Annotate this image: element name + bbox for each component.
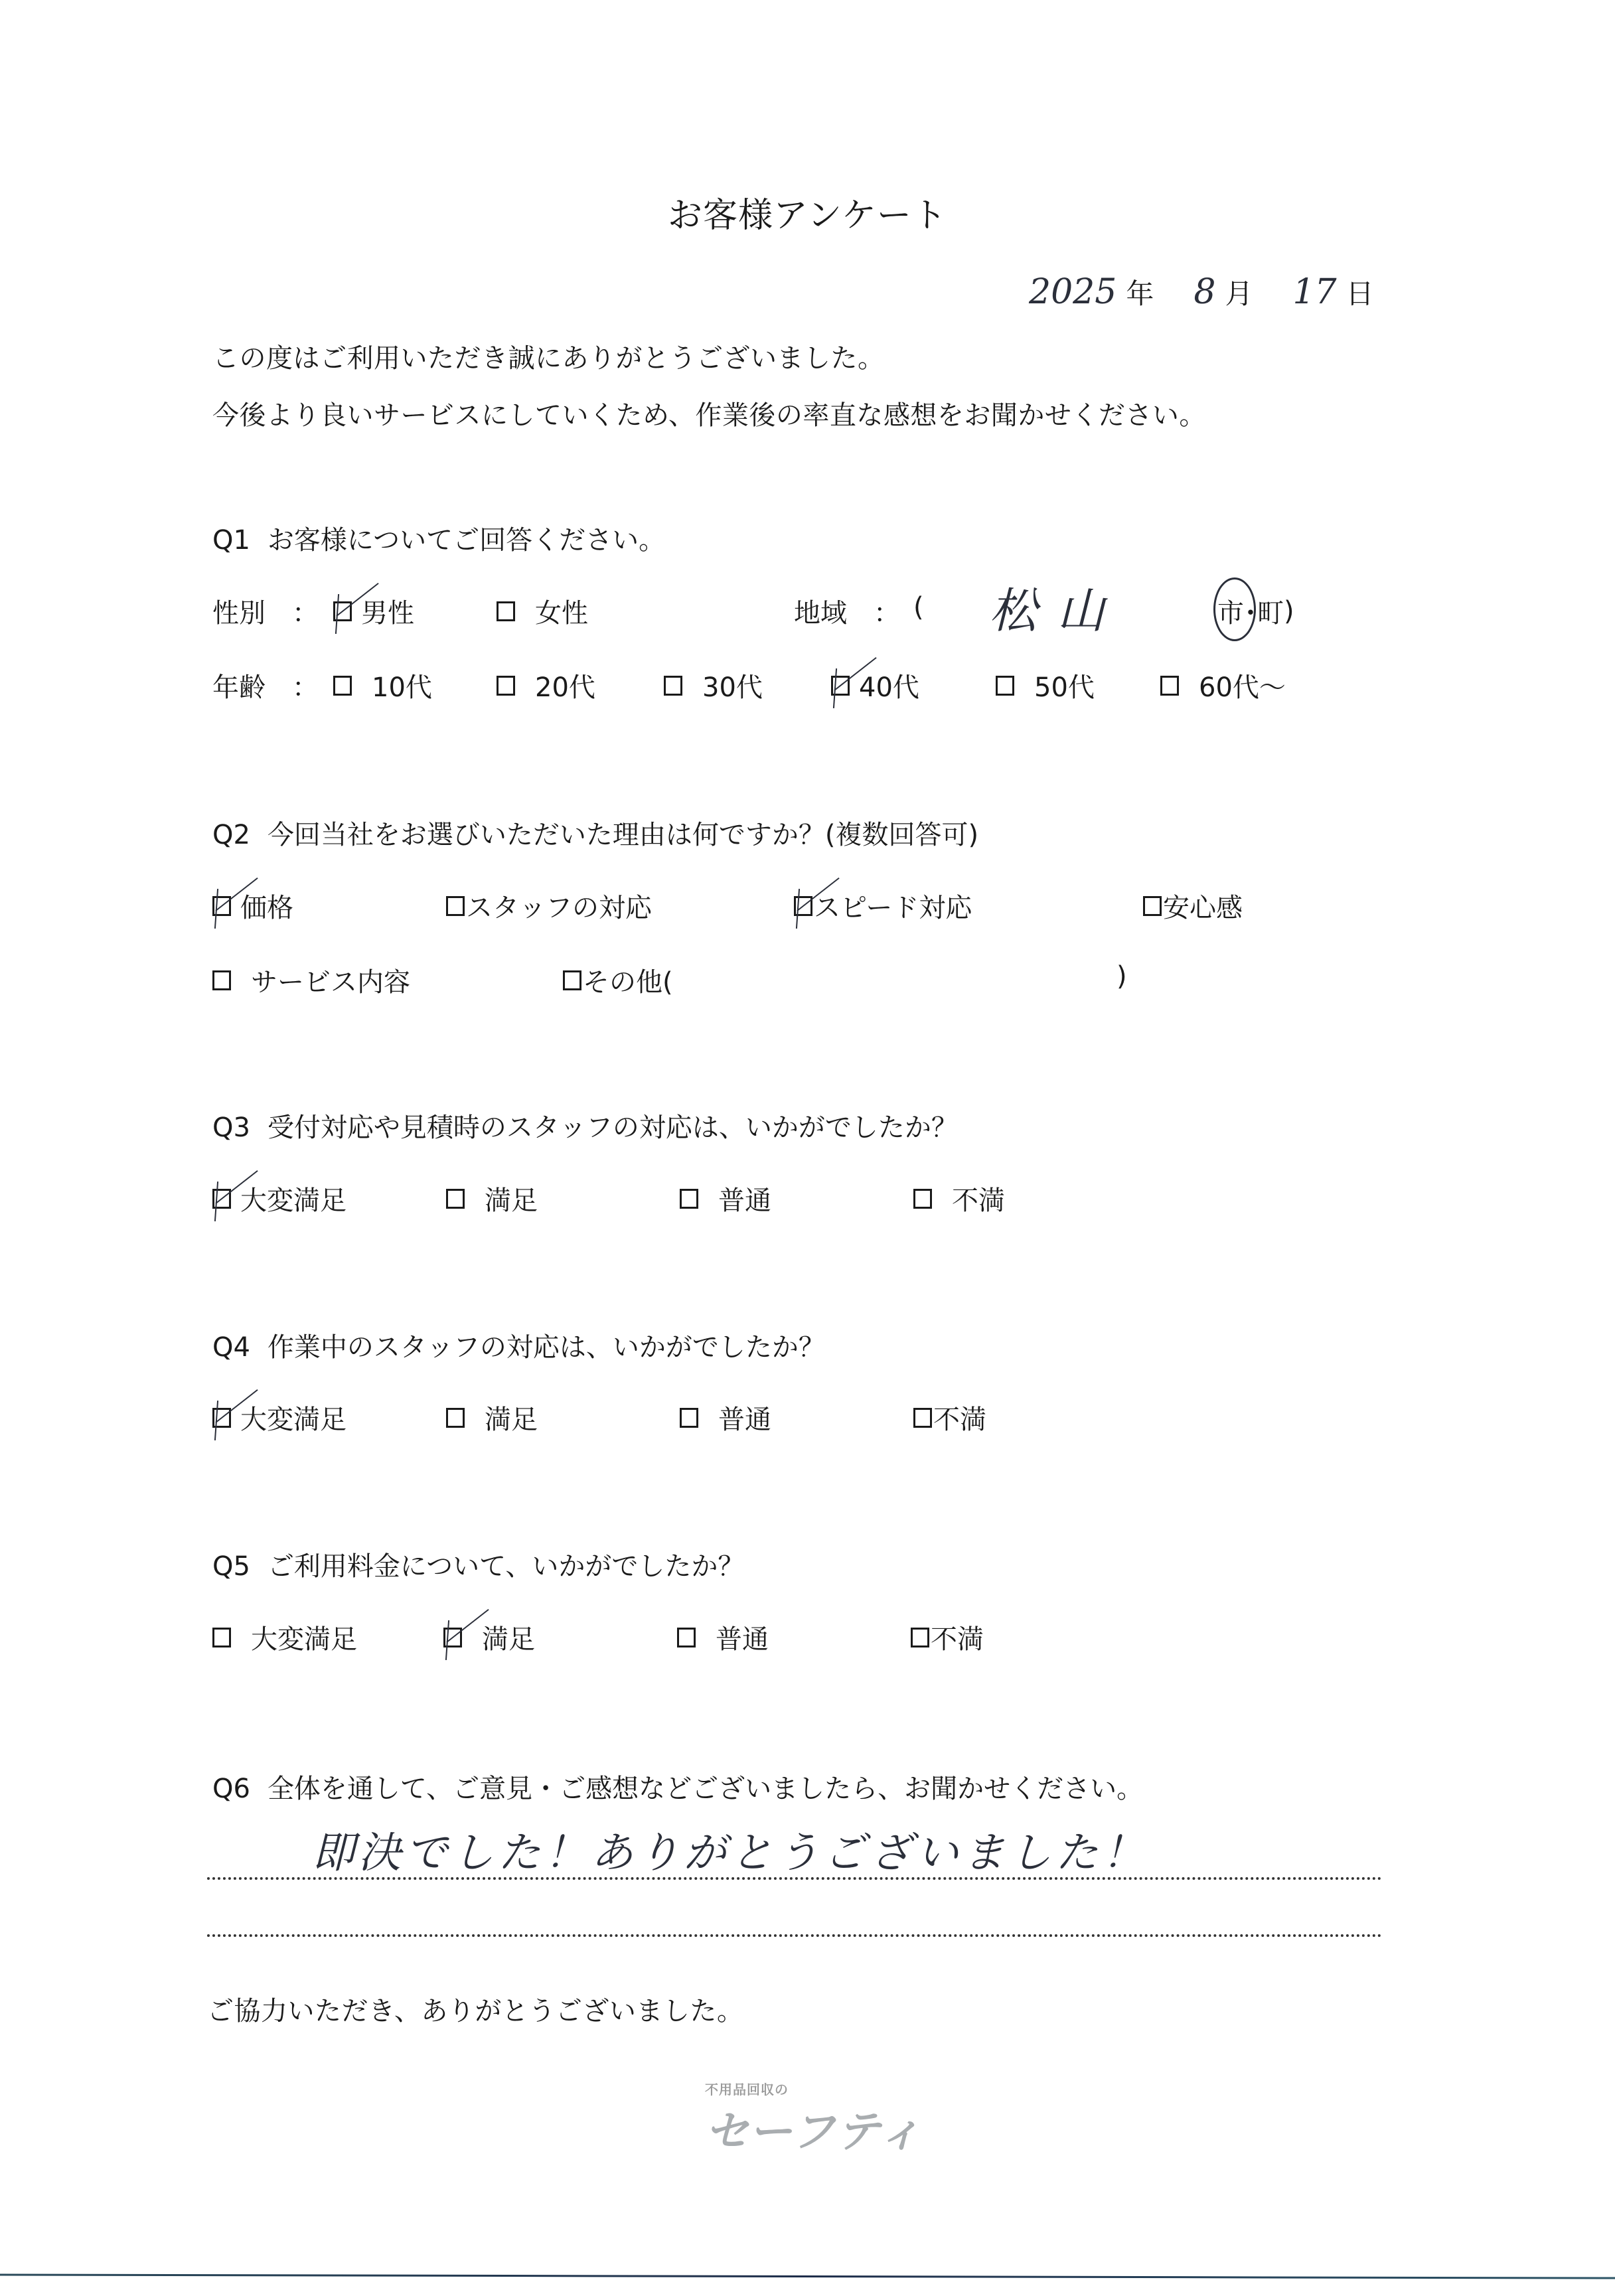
gender-label-text: 性別 (212, 592, 266, 630)
checkbox[interactable] (913, 1189, 932, 1209)
q4-number: Q4 (212, 1332, 250, 1363)
q3-text: 受付対応や見積時のスタッフの対応は、いかがでしたか？ (268, 1112, 958, 1143)
q3-option-very-satisfied[interactable]: 大変満足 (212, 1180, 346, 1217)
checkbox[interactable] (212, 970, 231, 990)
age-label: 年齢 (212, 666, 266, 704)
option-label: 普通 (718, 1399, 771, 1436)
checkbox[interactable] (212, 1628, 231, 1647)
page-bottom-rule (0, 2273, 1615, 2279)
q2-heading: Q2今回当社をお選びいただいた理由は何ですか？(複数回答可) (212, 814, 978, 852)
option-label: 20代 (535, 666, 595, 704)
date-day: 17 (1292, 272, 1336, 312)
region-value-input[interactable]: 松山 (989, 572, 1124, 641)
checkbox[interactable] (911, 1628, 929, 1647)
date-year: 2025 (1029, 272, 1116, 312)
option-label: 満足 (485, 1399, 538, 1436)
checkbox-checked[interactable] (212, 1408, 231, 1428)
q2-option-staff[interactable]: スタッフの対応 (446, 887, 652, 925)
option-label: スタッフの対応 (466, 887, 652, 925)
q2-other-input[interactable] (684, 961, 1109, 993)
q4-option-average[interactable]: 普通 (680, 1399, 771, 1436)
age-option-30s[interactable]: 30代 (664, 666, 763, 704)
checkbox[interactable] (1143, 896, 1162, 916)
q5-option-very-satisfied[interactable]: 大変満足 (212, 1618, 357, 1656)
checkbox-checked[interactable] (443, 1628, 462, 1647)
q5-text: ご利用料金について、いかがでしたか？ (268, 1551, 744, 1582)
region-close-paren: ) (1284, 596, 1294, 627)
intro-line-1: この度はご利用いただき誠にありがとうございました。 (212, 337, 885, 375)
region-colon: ： (874, 592, 900, 630)
q2-other-close-paren: ) (1116, 961, 1127, 992)
q1-heading: Q1お客様についてご回答ください。 (212, 519, 665, 557)
q6-text: 全体を通して、ご意見・ご感想などございましたら、お聞かせください。 (268, 1774, 1143, 1804)
option-label: 普通 (718, 1180, 771, 1217)
age-option-10s[interactable]: 10代 (333, 666, 432, 704)
region-city-town[interactable]: 市 ・町) (1217, 592, 1294, 630)
checkbox-checked[interactable] (212, 1189, 231, 1209)
q3-number: Q3 (212, 1112, 250, 1143)
gender-option-female[interactable]: 女性 (497, 592, 588, 630)
answer-line-1 (207, 1877, 1382, 1880)
option-label: 満足 (482, 1618, 535, 1656)
q4-text: 作業中のスタッフの対応は、いかがでしたか？ (268, 1332, 825, 1363)
date-field[interactable]: 2025 年 8 月 17 日 (1029, 272, 1374, 312)
logo-tagline: 不用品回収の (705, 2079, 789, 2098)
q2-option-price[interactable]: 価格 (212, 887, 293, 925)
q3-option-satisfied[interactable]: 満足 (446, 1180, 538, 1217)
q3-heading: Q3受付対応や見積時のスタッフの対応は、いかがでしたか？ (212, 1107, 958, 1144)
checkbox-checked[interactable] (212, 896, 231, 916)
company-logo: セーフティ (705, 2096, 923, 2159)
q4-option-dissatisfied[interactable]: 不満 (913, 1399, 986, 1436)
q6-heading: Q6全体を通して、ご意見・ご感想などございましたら、お聞かせください。 (212, 1768, 1143, 1805)
q5-option-average[interactable]: 普通 (677, 1618, 769, 1656)
checkbox-checked[interactable] (794, 896, 812, 916)
option-label: 不満 (952, 1180, 1005, 1217)
checkbox[interactable] (913, 1408, 932, 1428)
region-label: 地域 (794, 592, 847, 630)
q2-option-reassurance[interactable]: 安心感 (1143, 887, 1243, 925)
q3-option-dissatisfied[interactable]: 不満 (913, 1180, 1005, 1217)
option-label: 40代 (859, 666, 919, 704)
region-city-option[interactable]: 市 (1217, 592, 1244, 630)
option-label: 大変満足 (251, 1618, 357, 1656)
checkbox-checked[interactable] (831, 676, 850, 696)
age-colon: ： (292, 666, 319, 704)
checkbox[interactable] (563, 970, 581, 990)
selection-circle-icon (1213, 577, 1256, 641)
q2-option-speed[interactable]: スピード対応 (794, 887, 972, 925)
checkbox[interactable] (497, 601, 515, 621)
age-option-40s[interactable]: 40代 (831, 666, 919, 704)
checkbox[interactable] (996, 676, 1014, 696)
checkbox[interactable] (664, 676, 682, 696)
checkbox[interactable] (677, 1628, 696, 1647)
age-option-50s[interactable]: 50代 (996, 666, 1095, 704)
option-label: 50代 (1034, 666, 1095, 704)
checkbox[interactable] (680, 1189, 698, 1209)
q5-number: Q5 (212, 1551, 250, 1582)
option-label: スピード対応 (814, 887, 972, 925)
q4-option-very-satisfied[interactable]: 大変満足 (212, 1399, 346, 1436)
q1-number: Q1 (212, 525, 250, 556)
intro-line-2: 今後より良いサービスにしていくため、作業後の率直な感想をお聞かせください。 (212, 394, 1206, 432)
closing-message: ご協力いただき、ありがとうございました。 (207, 1990, 743, 2028)
q5-heading: Q5ご利用料金について、いかがでしたか？ (212, 1545, 744, 1583)
q2-text: 今回当社をお選びいただいた理由は何ですか？(複数回答可) (268, 820, 978, 850)
age-option-60s-plus[interactable]: 60代〜 (1160, 666, 1286, 704)
gender-option-male[interactable]: 男性 (333, 592, 414, 630)
option-label: 不満 (933, 1399, 986, 1436)
checkbox[interactable] (680, 1408, 698, 1428)
checkbox-checked[interactable] (333, 601, 352, 621)
date-day-unit: 日 (1346, 272, 1374, 312)
checkbox[interactable] (446, 1189, 465, 1209)
option-label: その他( (583, 961, 673, 999)
q3-option-average[interactable]: 普通 (680, 1180, 771, 1217)
q6-answer-input[interactable]: 即決でした！ありがとうございました！ (312, 1819, 1148, 1880)
answer-line-2 (207, 1934, 1382, 1937)
region-town-option[interactable]: 町 (1257, 592, 1284, 630)
option-label: 女性 (535, 592, 588, 630)
option-label: 60代〜 (1199, 666, 1286, 704)
option-label: 大変満足 (240, 1180, 346, 1217)
option-label: 男性 (361, 592, 414, 630)
checkbox[interactable] (446, 1408, 465, 1428)
region-open-paren: ( (913, 592, 924, 623)
gender-colon: ： (292, 592, 319, 630)
q2-option-service[interactable]: サービス内容 (212, 961, 410, 999)
checkbox[interactable] (1160, 676, 1179, 696)
option-label: 価格 (240, 887, 293, 925)
gender-label: 性別 (212, 592, 266, 630)
checkbox[interactable] (497, 676, 515, 696)
option-label: 安心感 (1163, 887, 1243, 925)
checkbox[interactable] (333, 676, 352, 696)
checkbox[interactable] (446, 896, 465, 916)
option-label: サービス内容 (251, 961, 410, 999)
date-year-unit: 年 (1126, 272, 1154, 312)
q4-heading: Q4作業中のスタッフの対応は、いかがでしたか？ (212, 1326, 825, 1364)
q2-number: Q2 (212, 820, 250, 850)
option-label: 大変満足 (240, 1399, 346, 1436)
q6-number: Q6 (212, 1774, 250, 1804)
survey-title: お客様アンケート (0, 187, 1615, 237)
q4-option-satisfied[interactable]: 満足 (446, 1399, 538, 1436)
option-label: 満足 (485, 1180, 538, 1217)
age-option-20s[interactable]: 20代 (497, 666, 595, 704)
option-label: 不満 (931, 1618, 984, 1656)
q2-option-other[interactable]: その他( (563, 961, 673, 999)
q5-option-dissatisfied[interactable]: 不満 (911, 1618, 984, 1656)
date-month-unit: 月 (1225, 272, 1253, 312)
q1-text: お客様についてご回答ください。 (268, 525, 665, 556)
option-label: 10代 (372, 666, 432, 704)
q5-option-satisfied[interactable]: 満足 (443, 1618, 535, 1656)
option-label: 普通 (716, 1618, 769, 1656)
option-label: 30代 (702, 666, 763, 704)
date-month: 8 (1193, 272, 1215, 312)
